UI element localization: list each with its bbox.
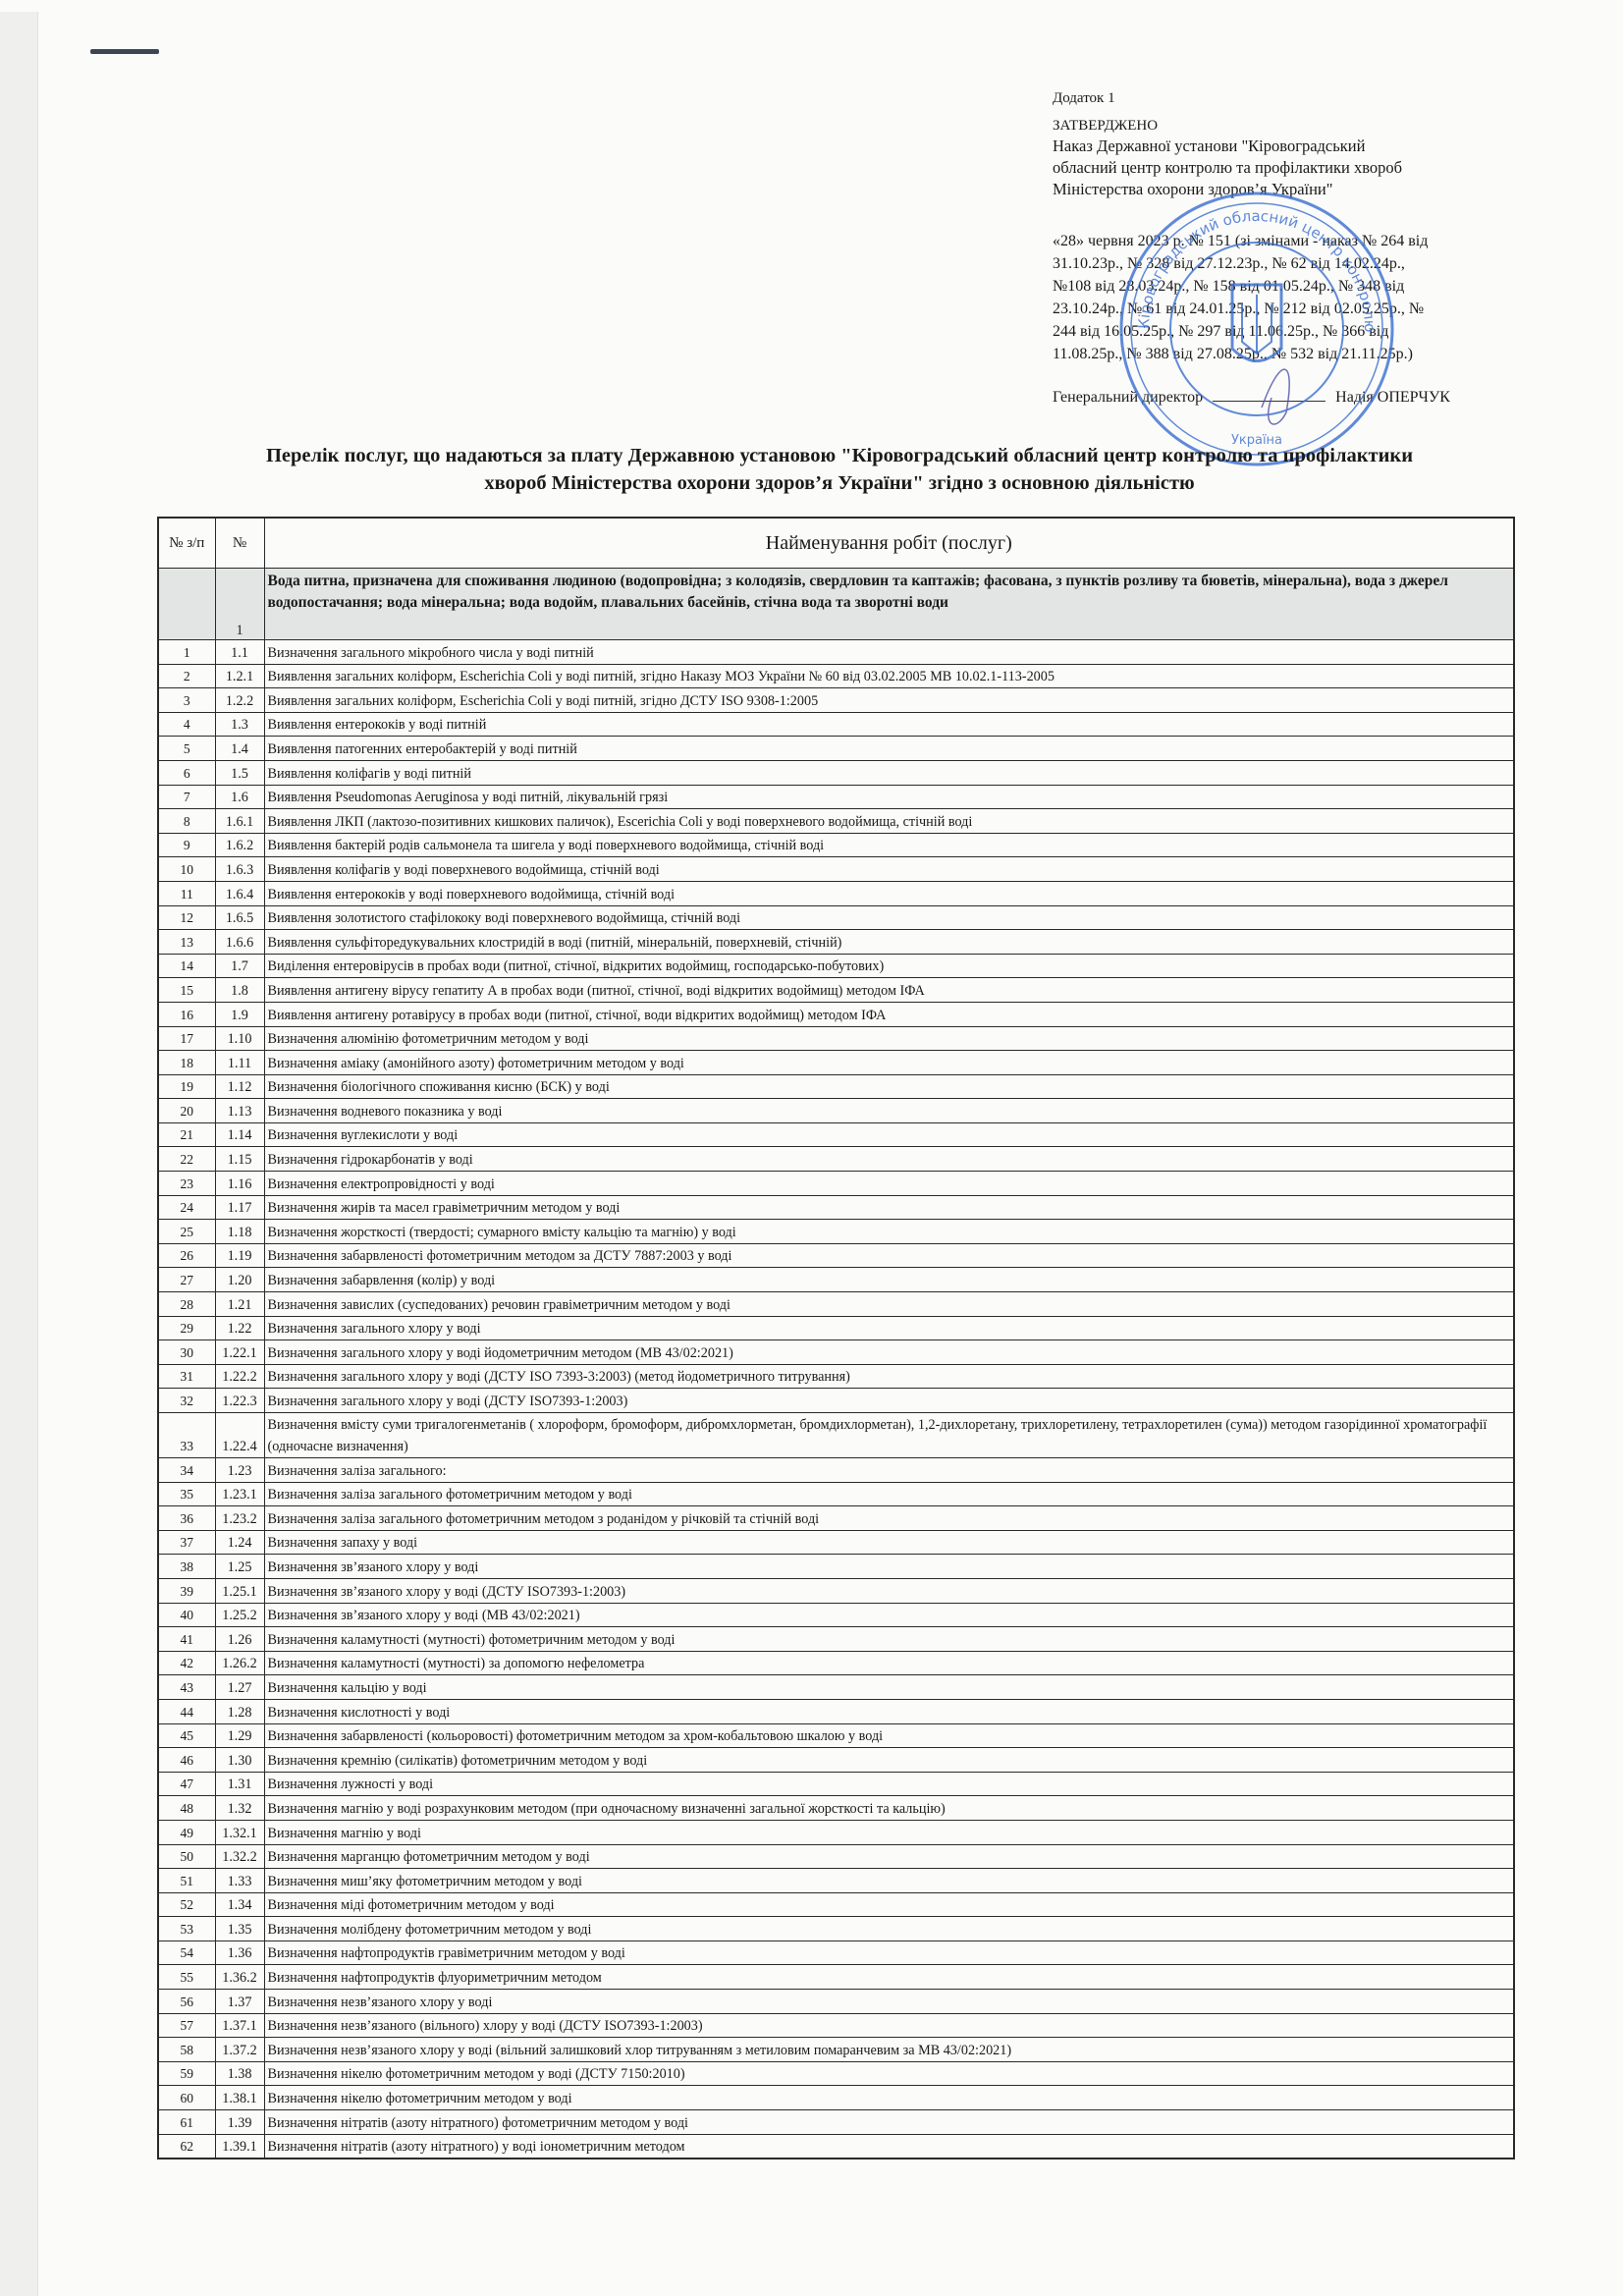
row-service-name: Визначення незв’язаного хлору у воді (ві… bbox=[264, 2038, 1514, 2062]
row-number: 1.23 bbox=[215, 1458, 264, 1483]
row-number: 1.12 bbox=[215, 1074, 264, 1099]
row-number: 1.23.1 bbox=[215, 1482, 264, 1506]
table-row: 621.39.1Визначення нітратів (азоту нітра… bbox=[158, 2134, 1514, 2159]
row-index: 2 bbox=[158, 664, 215, 688]
row-number: 1.25 bbox=[215, 1555, 264, 1579]
row-number: 1.17 bbox=[215, 1195, 264, 1220]
table-row: 91.6.2Виявлення бактерій родів сальмонел… bbox=[158, 833, 1514, 857]
row-number: 1.27 bbox=[215, 1675, 264, 1700]
table-row: 251.18Визначення жорсткості (твердості; … bbox=[158, 1220, 1514, 1244]
row-index: 21 bbox=[158, 1122, 215, 1147]
table-row: 361.23.2Визначення заліза загального фот… bbox=[158, 1506, 1514, 1531]
row-number: 1.37.2 bbox=[215, 2038, 264, 2062]
amendment-line: «28» червня 2023 р. № 151 (зі змінами - … bbox=[1053, 230, 1543, 252]
table-row: 521.34Визначення міді фотометричним мето… bbox=[158, 1892, 1514, 1917]
table-row: 51.4Виявлення патогенних ентеробактерій … bbox=[158, 737, 1514, 761]
row-index: 5 bbox=[158, 737, 215, 761]
row-index: 45 bbox=[158, 1723, 215, 1748]
row-index: 49 bbox=[158, 1820, 215, 1844]
row-service-name: Визначення жирів та масел гравіметричним… bbox=[264, 1195, 1514, 1220]
row-index: 48 bbox=[158, 1796, 215, 1821]
row-number: 1.32.2 bbox=[215, 1844, 264, 1869]
row-index: 50 bbox=[158, 1844, 215, 1869]
row-index: 44 bbox=[158, 1699, 215, 1723]
row-index: 29 bbox=[158, 1316, 215, 1340]
row-index: 46 bbox=[158, 1748, 215, 1773]
row-service-name: Визначення магнію у воді розрахунковим м… bbox=[264, 1796, 1514, 1821]
row-index: 32 bbox=[158, 1389, 215, 1413]
row-service-name: Визначення заліза загального фотометричн… bbox=[264, 1506, 1514, 1531]
table-row: 461.30Визначення кремнію (силікатів) фот… bbox=[158, 1748, 1514, 1773]
table-row: 71.6Виявлення Pseudomonas Aeruginosa у в… bbox=[158, 785, 1514, 809]
row-service-name: Визначення міді фотометричним методом у … bbox=[264, 1892, 1514, 1917]
row-number: 1.19 bbox=[215, 1243, 264, 1268]
row-number: 1.24 bbox=[215, 1530, 264, 1555]
row-number: 1.36 bbox=[215, 1941, 264, 1965]
row-service-name: Визначення загального хлору у воді bbox=[264, 1316, 1514, 1340]
table-row: 501.32.2Визначення марганцю фотометрични… bbox=[158, 1844, 1514, 1869]
table-row: 341.23Визначення заліза загального: bbox=[158, 1458, 1514, 1483]
row-number: 1.7 bbox=[215, 954, 264, 978]
row-number: 1.29 bbox=[215, 1723, 264, 1748]
row-service-name: Визначення завислих (суспедованих) речов… bbox=[264, 1292, 1514, 1317]
row-service-name: Визначення зв’язаного хлору у воді (ДСТУ… bbox=[264, 1578, 1514, 1603]
row-index: 54 bbox=[158, 1941, 215, 1965]
row-service-name: Визначення нікелю фотометричним методом … bbox=[264, 2061, 1514, 2086]
row-index: 1 bbox=[158, 640, 215, 665]
row-service-name: Виявлення ентерококів у воді питній bbox=[264, 712, 1514, 737]
table-row: 271.20Визначення забарвлення (колір) у в… bbox=[158, 1268, 1514, 1292]
row-index: 57 bbox=[158, 2013, 215, 2038]
table-row: 431.27Визначення кальцію у воді bbox=[158, 1675, 1514, 1700]
table-header-row: № з/п № Найменування робіт (послуг) bbox=[158, 518, 1514, 569]
row-service-name: Виявлення антигену вірусу гепатиту А в п… bbox=[264, 978, 1514, 1003]
table-row: 21.2.1Виявлення загальних коліформ, Esch… bbox=[158, 664, 1514, 688]
table-row: 591.38Визначення нікелю фотометричним ме… bbox=[158, 2061, 1514, 2086]
row-service-name: Визначення вмісту суми тригалогенметанів… bbox=[264, 1413, 1514, 1458]
row-service-name: Визначення запаху у воді bbox=[264, 1530, 1514, 1555]
row-service-name: Визначення кремнію (силікатів) фотометри… bbox=[264, 1748, 1514, 1773]
row-index: 60 bbox=[158, 2086, 215, 2110]
scan-margin-strip bbox=[0, 12, 38, 2296]
row-service-name: Виявлення золотистого стафілококу воді п… bbox=[264, 905, 1514, 930]
row-index: 19 bbox=[158, 1074, 215, 1099]
row-index: 14 bbox=[158, 954, 215, 978]
amendment-line: 244 від 16.05.25р., № 297 від 11.06.25р.… bbox=[1053, 320, 1543, 343]
row-service-name: Визначення нафтопродуктів гравіметричним… bbox=[264, 1941, 1514, 1965]
row-number: 1.9 bbox=[215, 1002, 264, 1026]
row-index: 52 bbox=[158, 1892, 215, 1917]
table-row: 211.14Визначення вуглекислоти у воді bbox=[158, 1122, 1514, 1147]
row-number: 1.21 bbox=[215, 1292, 264, 1317]
row-number: 1.3 bbox=[215, 712, 264, 737]
amendment-line: 11.08.25р., № 388 від 27.08.25р., № 532 … bbox=[1053, 343, 1543, 365]
row-index: 51 bbox=[158, 1869, 215, 1893]
table-row: 511.33Визначення миш’яку фотометричним м… bbox=[158, 1869, 1514, 1893]
row-index: 35 bbox=[158, 1482, 215, 1506]
row-number: 1.39.1 bbox=[215, 2134, 264, 2159]
row-service-name: Виявлення антигену ротавірусу в пробах в… bbox=[264, 1002, 1514, 1026]
row-index: 47 bbox=[158, 1772, 215, 1796]
row-index: 62 bbox=[158, 2134, 215, 2159]
table-row: 221.15Визначення гідрокарбонатів у воді bbox=[158, 1147, 1514, 1172]
row-number: 1.38.1 bbox=[215, 2086, 264, 2110]
row-service-name: Виявлення коліфагів у воді питній bbox=[264, 760, 1514, 785]
table-row: 531.35Визначення молібдену фотометричним… bbox=[158, 1917, 1514, 1941]
row-service-name: Виділення ентеровірусів в пробах води (п… bbox=[264, 954, 1514, 978]
row-index: 26 bbox=[158, 1243, 215, 1268]
row-index: 15 bbox=[158, 978, 215, 1003]
row-service-name: Визначення нітратів (азоту нітратного) ф… bbox=[264, 2110, 1514, 2135]
row-number: 1.6.3 bbox=[215, 857, 264, 882]
row-service-name: Визначення біологічного споживання кисню… bbox=[264, 1074, 1514, 1099]
row-service-name: Визначення каламутності (мутності) фотом… bbox=[264, 1627, 1514, 1652]
row-number: 1.39 bbox=[215, 2110, 264, 2135]
row-service-name: Визначення жорсткості (твердості; сумарн… bbox=[264, 1220, 1514, 1244]
row-service-name: Визначення забарвленості (кольоровості) … bbox=[264, 1723, 1514, 1748]
row-number: 1.32 bbox=[215, 1796, 264, 1821]
table-row: 601.38.1Визначення нікелю фотометричним … bbox=[158, 2086, 1514, 2110]
row-service-name: Виявлення Pseudomonas Aeruginosa у воді … bbox=[264, 785, 1514, 809]
row-service-name: Виявлення загальних коліформ, Escherichi… bbox=[264, 664, 1514, 688]
row-index: 34 bbox=[158, 1458, 215, 1483]
row-service-name: Виявлення сульфіторедукувальних клострид… bbox=[264, 930, 1514, 955]
table-row: 311.22.2Визначення загального хлору у во… bbox=[158, 1364, 1514, 1389]
row-number: 1.37.1 bbox=[215, 2013, 264, 2038]
row-index: 59 bbox=[158, 2061, 215, 2086]
table-row: 41.3Виявлення ентерококів у воді питній bbox=[158, 712, 1514, 737]
table-row: 411.26Визначення каламутності (мутності)… bbox=[158, 1627, 1514, 1652]
row-service-name: Виявлення ентерококів у воді поверхневог… bbox=[264, 881, 1514, 905]
row-index: 55 bbox=[158, 1965, 215, 1990]
table-row: 61.5Виявлення коліфагів у воді питній bbox=[158, 760, 1514, 785]
column-header-name: Найменування робіт (послуг) bbox=[264, 518, 1514, 569]
row-service-name: Визначення миш’яку фотометричним методом… bbox=[264, 1869, 1514, 1893]
row-index: 42 bbox=[158, 1651, 215, 1675]
services-table: № з/п № Найменування робіт (послуг) 1 Во… bbox=[157, 517, 1515, 2159]
row-index: 39 bbox=[158, 1578, 215, 1603]
table-row: 301.22.1Визначення загального хлору у во… bbox=[158, 1340, 1514, 1365]
row-service-name: Визначення аміаку (амонійного азоту) фот… bbox=[264, 1051, 1514, 1075]
table-row: 421.26.2Визначення каламутності (мутност… bbox=[158, 1651, 1514, 1675]
section-title: Вода питна, призначена для споживання лю… bbox=[264, 569, 1514, 640]
row-service-name: Виявлення ЛКП (лактозо-позитивних кишков… bbox=[264, 809, 1514, 834]
row-service-name: Визначення лужності у воді bbox=[264, 1772, 1514, 1796]
table-row: 161.9Виявлення антигену ротавірусу в про… bbox=[158, 1002, 1514, 1026]
row-number: 1.23.2 bbox=[215, 1506, 264, 1531]
row-service-name: Визначення заліза загального: bbox=[264, 1458, 1514, 1483]
row-number: 1.6.1 bbox=[215, 809, 264, 834]
title-line: Перелік послуг, що надаються за плату Де… bbox=[157, 442, 1522, 469]
row-number: 1.32.1 bbox=[215, 1820, 264, 1844]
table-row: 351.23.1Визначення заліза загального фот… bbox=[158, 1482, 1514, 1506]
row-number: 1.2.1 bbox=[215, 664, 264, 688]
row-service-name: Визначення нафтопродуктів флуориметрични… bbox=[264, 1965, 1514, 1990]
row-number: 1.37 bbox=[215, 1990, 264, 2014]
row-number: 1.33 bbox=[215, 1869, 264, 1893]
table-row: 291.22Визначення загального хлору у воді bbox=[158, 1316, 1514, 1340]
row-index: 3 bbox=[158, 688, 215, 713]
row-service-name: Визначення кальцію у воді bbox=[264, 1675, 1514, 1700]
row-service-name: Визначення незв’язаного хлору у воді bbox=[264, 1990, 1514, 2014]
row-service-name: Визначення марганцю фотометричним методо… bbox=[264, 1844, 1514, 1869]
table-row: 191.12Визначення біологічного споживання… bbox=[158, 1074, 1514, 1099]
table-row: 441.28Визначення кислотності у воді bbox=[158, 1699, 1514, 1723]
row-service-name: Визначення загального мікробного числа у… bbox=[264, 640, 1514, 665]
table-row: 101.6.3Виявлення коліфагів у воді поверх… bbox=[158, 857, 1514, 882]
row-service-name: Визначення нікелю фотометричним методом … bbox=[264, 2086, 1514, 2110]
row-index: 41 bbox=[158, 1627, 215, 1652]
row-service-name: Визначення електропровідності у воді bbox=[264, 1172, 1514, 1196]
table-row: 381.25Визначення зв’язаного хлору у воді bbox=[158, 1555, 1514, 1579]
row-number: 1.38 bbox=[215, 2061, 264, 2086]
row-service-name: Визначення загального хлору у воді йодом… bbox=[264, 1340, 1514, 1365]
table-row: 81.6.1Виявлення ЛКП (лактозо-позитивних … bbox=[158, 809, 1514, 834]
row-index: 20 bbox=[158, 1099, 215, 1123]
row-number: 1.36.2 bbox=[215, 1965, 264, 1990]
amendment-line: №108 від 28.03.24р., № 158 від 01.05.24р… bbox=[1053, 275, 1543, 298]
row-service-name: Визначення забарвлення (колір) у воді bbox=[264, 1268, 1514, 1292]
table-row: 401.25.2Визначення зв’язаного хлору у во… bbox=[158, 1603, 1514, 1627]
row-number: 1.30 bbox=[215, 1748, 264, 1773]
row-number: 1.10 bbox=[215, 1026, 264, 1051]
table-row: 181.11Визначення аміаку (амонійного азот… bbox=[158, 1051, 1514, 1075]
row-index: 56 bbox=[158, 1990, 215, 2014]
amendments: «28» червня 2023 р. № 151 (зі змінами - … bbox=[1053, 230, 1543, 365]
row-service-name: Визначення зв’язаного хлору у воді bbox=[264, 1555, 1514, 1579]
table-row: 581.37.2Визначення незв’язаного хлору у … bbox=[158, 2038, 1514, 2062]
row-number: 1.8 bbox=[215, 978, 264, 1003]
row-index: 7 bbox=[158, 785, 215, 809]
row-number: 1.6.4 bbox=[215, 881, 264, 905]
row-index: 10 bbox=[158, 857, 215, 882]
table-row: 121.6.5Виявлення золотистого стафілококу… bbox=[158, 905, 1514, 930]
row-index: 17 bbox=[158, 1026, 215, 1051]
row-index: 61 bbox=[158, 2110, 215, 2135]
director-title: Генеральний директор bbox=[1053, 389, 1203, 406]
row-number: 1.22.1 bbox=[215, 1340, 264, 1365]
table-row: 131.6.6Виявлення сульфіторедукувальних к… bbox=[158, 930, 1514, 955]
row-service-name: Визначення нітратів (азоту нітратного) у… bbox=[264, 2134, 1514, 2159]
row-number: 1.25.2 bbox=[215, 1603, 264, 1627]
row-index: 28 bbox=[158, 1292, 215, 1317]
section-index bbox=[158, 569, 215, 640]
order-line: обласний центр контролю та профілактики … bbox=[1053, 157, 1543, 179]
row-service-name: Визначення гідрокарбонатів у воді bbox=[264, 1147, 1514, 1172]
row-number: 1.26 bbox=[215, 1627, 264, 1652]
section-row: 1 Вода питна, призначена для споживання … bbox=[158, 569, 1514, 640]
row-index: 31 bbox=[158, 1364, 215, 1389]
table-row: 391.25.1Визначення зв’язаного хлору у во… bbox=[158, 1578, 1514, 1603]
table-row: 481.32Визначення магнію у воді розрахунк… bbox=[158, 1796, 1514, 1821]
row-number: 1.2.2 bbox=[215, 688, 264, 713]
title-line: хвороб Міністерства охорони здоров’я Укр… bbox=[157, 469, 1522, 497]
table-row: 541.36Визначення нафтопродуктів гравімет… bbox=[158, 1941, 1514, 1965]
row-service-name: Визначення забарвленості фотометричним м… bbox=[264, 1243, 1514, 1268]
row-index: 53 bbox=[158, 1917, 215, 1941]
table-row: 201.13Визначення водневого показника у в… bbox=[158, 1099, 1514, 1123]
row-number: 1.18 bbox=[215, 1220, 264, 1244]
table-row: 471.31Визначення лужності у воді bbox=[158, 1772, 1514, 1796]
row-index: 25 bbox=[158, 1220, 215, 1244]
row-number: 1.22.3 bbox=[215, 1389, 264, 1413]
row-number: 1.16 bbox=[215, 1172, 264, 1196]
table-row: 241.17Визначення жирів та масел гравімет… bbox=[158, 1195, 1514, 1220]
row-service-name: Визначення загального хлору у воді (ДСТУ… bbox=[264, 1364, 1514, 1389]
section-number: 1 bbox=[215, 569, 264, 640]
director-name: Надія ОПЕРЧУК bbox=[1335, 389, 1450, 406]
row-index: 33 bbox=[158, 1413, 215, 1458]
row-index: 37 bbox=[158, 1530, 215, 1555]
table-row: 331.22.4Визначення вмісту суми тригалоге… bbox=[158, 1413, 1514, 1458]
row-number: 1.31 bbox=[215, 1772, 264, 1796]
row-index: 23 bbox=[158, 1172, 215, 1196]
row-service-name: Виявлення загальних коліформ, Escherichi… bbox=[264, 688, 1514, 713]
row-number: 1.26.2 bbox=[215, 1651, 264, 1675]
row-index: 11 bbox=[158, 881, 215, 905]
row-service-name: Виявлення бактерій родів сальмонела та ш… bbox=[264, 833, 1514, 857]
annex-label: Додаток 1 bbox=[1053, 88, 1543, 108]
row-number: 1.6 bbox=[215, 785, 264, 809]
amendment-line: 23.10.24р., № 61 від 24.01.25р., № 212 в… bbox=[1053, 298, 1543, 320]
row-index: 38 bbox=[158, 1555, 215, 1579]
table-row: 141.7Виділення ентеровірусів в пробах во… bbox=[158, 954, 1514, 978]
row-index: 9 bbox=[158, 833, 215, 857]
approval-block: Додаток 1 ЗАТВЕРДЖЕНО Наказ Державної ус… bbox=[1053, 88, 1543, 409]
row-number: 1.6.2 bbox=[215, 833, 264, 857]
table-row: 491.32.1Визначення магнію у воді bbox=[158, 1820, 1514, 1844]
scan-dash-mark bbox=[90, 49, 159, 54]
table-row: 281.21Визначення завислих (суспедованих)… bbox=[158, 1292, 1514, 1317]
row-number: 1.11 bbox=[215, 1051, 264, 1075]
approved-label: ЗАТВЕРДЖЕНО bbox=[1053, 116, 1543, 136]
row-service-name: Визначення заліза загального фотометричн… bbox=[264, 1482, 1514, 1506]
row-index: 6 bbox=[158, 760, 215, 785]
row-number: 1.6.5 bbox=[215, 905, 264, 930]
row-number: 1.4 bbox=[215, 737, 264, 761]
row-number: 1.5 bbox=[215, 760, 264, 785]
table-row: 451.29Визначення забарвленості (кольоров… bbox=[158, 1723, 1514, 1748]
row-service-name: Визначення кислотності у воді bbox=[264, 1699, 1514, 1723]
row-service-name: Визначення зв’язаного хлору у воді (МВ 4… bbox=[264, 1603, 1514, 1627]
table-row: 231.16Визначення електропровідності у во… bbox=[158, 1172, 1514, 1196]
table-row: 171.10Визначення алюмінію фотометричним … bbox=[158, 1026, 1514, 1051]
row-service-name: Визначення вуглекислоти у воді bbox=[264, 1122, 1514, 1147]
row-number: 1.22 bbox=[215, 1316, 264, 1340]
row-number: 1.35 bbox=[215, 1917, 264, 1941]
row-service-name: Виявлення патогенних ентеробактерій у во… bbox=[264, 737, 1514, 761]
row-number: 1.13 bbox=[215, 1099, 264, 1123]
document-title: Перелік послуг, що надаються за плату Де… bbox=[157, 442, 1522, 497]
row-number: 1.34 bbox=[215, 1892, 264, 1917]
row-service-name: Визначення алюмінію фотометричним методо… bbox=[264, 1026, 1514, 1051]
order-line: Міністерства охорони здоров’я України" bbox=[1053, 179, 1543, 200]
row-service-name: Визначення молібдену фотометричним метод… bbox=[264, 1917, 1514, 1941]
row-service-name: Визначення каламутності (мутності) за до… bbox=[264, 1651, 1514, 1675]
row-number: 1.20 bbox=[215, 1268, 264, 1292]
row-service-name: Визначення незв’язаного (вільного) хлору… bbox=[264, 2013, 1514, 2038]
row-index: 30 bbox=[158, 1340, 215, 1365]
row-number: 1.15 bbox=[215, 1147, 264, 1172]
row-index: 43 bbox=[158, 1675, 215, 1700]
table-row: 371.24Визначення запаху у воді bbox=[158, 1530, 1514, 1555]
row-index: 16 bbox=[158, 1002, 215, 1026]
signature-line bbox=[1213, 401, 1325, 402]
table-row: 611.39Визначення нітратів (азоту нітратн… bbox=[158, 2110, 1514, 2135]
row-index: 4 bbox=[158, 712, 215, 737]
row-index: 36 bbox=[158, 1506, 215, 1531]
table-row: 11.1Визначення загального мікробного чис… bbox=[158, 640, 1514, 665]
table-row: 561.37Визначення незв’язаного хлору у во… bbox=[158, 1990, 1514, 2014]
row-index: 18 bbox=[158, 1051, 215, 1075]
row-index: 58 bbox=[158, 2038, 215, 2062]
amendment-line: 31.10.23р., № 328 від 27.12.23р., № 62 в… bbox=[1053, 252, 1543, 275]
row-index: 8 bbox=[158, 809, 215, 834]
row-service-name: Виявлення коліфагів у воді поверхневого … bbox=[264, 857, 1514, 882]
table-row: 261.19Визначення забарвленості фотометри… bbox=[158, 1243, 1514, 1268]
row-number: 1.14 bbox=[215, 1122, 264, 1147]
column-header-number: № bbox=[215, 518, 264, 569]
row-index: 12 bbox=[158, 905, 215, 930]
table-row: 151.8Виявлення антигену вірусу гепатиту … bbox=[158, 978, 1514, 1003]
row-number: 1.6.6 bbox=[215, 930, 264, 955]
row-service-name: Визначення загального хлору у воді (ДСТУ… bbox=[264, 1389, 1514, 1413]
column-header-index: № з/п bbox=[158, 518, 215, 569]
row-number: 1.22.2 bbox=[215, 1364, 264, 1389]
table-row: 321.22.3Визначення загального хлору у во… bbox=[158, 1389, 1514, 1413]
row-index: 27 bbox=[158, 1268, 215, 1292]
row-number: 1.22.4 bbox=[215, 1413, 264, 1458]
table-row: 111.6.4Виявлення ентерококів у воді пове… bbox=[158, 881, 1514, 905]
row-number: 1.25.1 bbox=[215, 1578, 264, 1603]
table-row: 551.36.2Визначення нафтопродуктів флуори… bbox=[158, 1965, 1514, 1990]
row-index: 24 bbox=[158, 1195, 215, 1220]
row-index: 40 bbox=[158, 1603, 215, 1627]
director-signature-line: Генеральний директор Надія ОПЕРЧУК bbox=[1053, 387, 1543, 409]
row-number: 1.1 bbox=[215, 640, 264, 665]
table-row: 31.2.2Виявлення загальних коліформ, Esch… bbox=[158, 688, 1514, 713]
row-service-name: Визначення магнію у воді bbox=[264, 1820, 1514, 1844]
table-row: 571.37.1Визначення незв’язаного (вільног… bbox=[158, 2013, 1514, 2038]
row-index: 22 bbox=[158, 1147, 215, 1172]
row-index: 13 bbox=[158, 930, 215, 955]
row-service-name: Визначення водневого показника у воді bbox=[264, 1099, 1514, 1123]
row-number: 1.28 bbox=[215, 1699, 264, 1723]
order-line: Наказ Державної установи "Кіровоградськи… bbox=[1053, 136, 1543, 157]
